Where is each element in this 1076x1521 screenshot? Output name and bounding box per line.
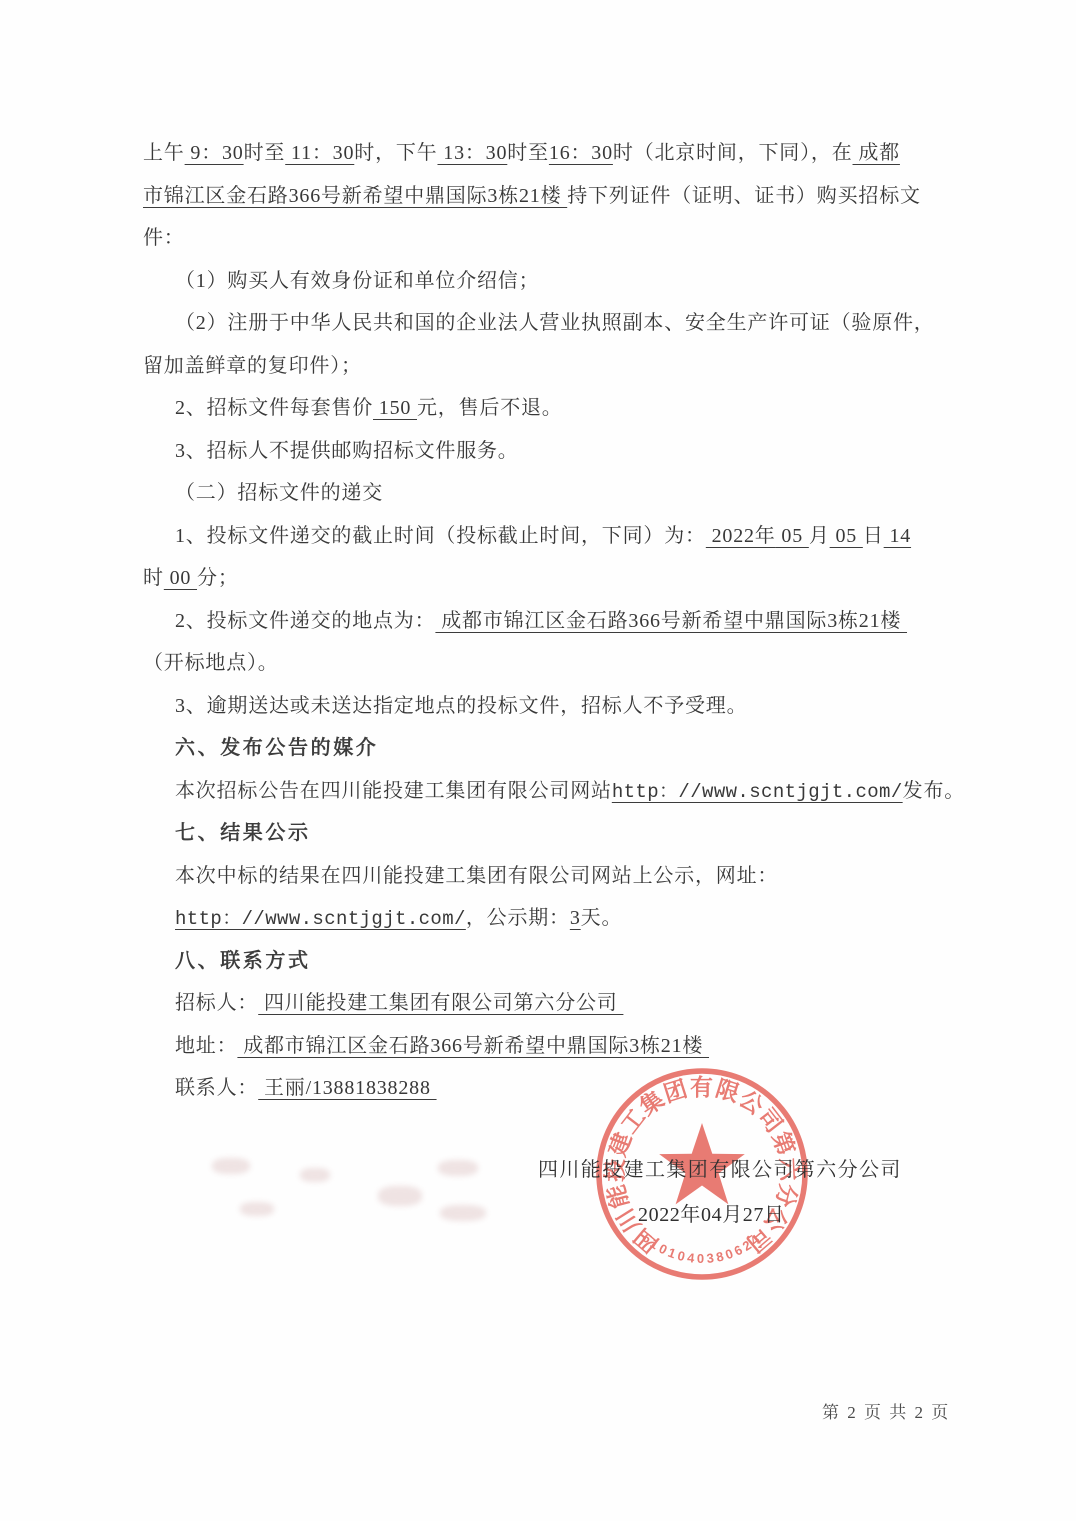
text-line: 本次中标的结果在四川能投建工集团有限公司网站上公示，网址：	[143, 855, 979, 898]
underlined-text: 05	[830, 525, 863, 547]
section-heading-line: 六、发布公告的媒介	[143, 727, 979, 770]
signature-date: 2022年04月27日	[638, 1198, 785, 1227]
text-segment: 3、逾期送达或未送达指定地点的投标文件，招标人不予受理。	[175, 695, 747, 717]
underlined-text: 成都市锦江区金石路366号新希望中鼎国际3栋21楼	[237, 1035, 709, 1057]
text-line: 招标人： 四川能投建工集团有限公司第六分公司	[143, 982, 979, 1025]
text-segment: 八、联系方式	[175, 950, 311, 972]
text-segment: 日	[863, 525, 884, 547]
section-heading-line: 七、结果公示	[143, 812, 979, 855]
text-segment: 六、发布公告的媒介	[175, 737, 378, 759]
underlined-text: 16：30	[549, 142, 613, 164]
text-segment: 1、投标文件递交的截止时间（投标截止时间，下同）为：	[175, 525, 706, 547]
underlined-text: 13：30	[437, 142, 507, 164]
text-segment: 地址：	[175, 1035, 237, 1057]
text-segment: 本次招标公告在四川能投建工集团有限公司网站	[175, 780, 612, 802]
text-line: 上午 9：30时至 11：30时，下午 13：30时至16：30时（北京时间，下…	[143, 132, 979, 175]
underlined-text: 00	[164, 567, 197, 589]
text-segment: 分；	[197, 567, 239, 589]
underlined-text: 四川能投建工集团有限公司第六分公司	[258, 992, 623, 1014]
underlined-text: 成都市锦江区金石路366号新希望中鼎国际3栋21楼	[435, 610, 907, 632]
underlined-text: http：//www.scntjgjt.com/	[612, 781, 903, 803]
underlined-text: 14	[884, 525, 911, 547]
underlined-text: 9：30	[185, 142, 244, 164]
document-body: 上午 9：30时至 11：30时，下午 13：30时至16：30时（北京时间，下…	[143, 132, 979, 1110]
text-segment: （2）注册于中华人民共和国的企业法人营业执照副本、安全生产许可证（验原件，	[175, 312, 935, 334]
signature-company: 四川能投建工集团有限公司第六分公司	[538, 1153, 902, 1182]
text-segment: 留加盖鲜章的复印件）；	[143, 355, 362, 377]
underlined-text: 2022年	[706, 525, 776, 547]
text-segment: ，公示期：	[466, 907, 570, 929]
underlined-text: 150	[373, 397, 417, 419]
bleedthrough-mark	[378, 1186, 422, 1206]
bleedthrough-mark	[300, 1168, 330, 1182]
text-segment: （1）购买人有效身份证和单位介绍信；	[175, 270, 539, 292]
text-segment: 本次中标的结果在四川能投建工集团有限公司网站上公示，网址：	[175, 865, 778, 887]
text-line: 留加盖鲜章的复印件）；	[143, 345, 979, 388]
text-segment: 时至	[244, 142, 286, 164]
underlined-text: 市锦江区金石路366号新希望中鼎国际3栋21楼	[143, 185, 567, 207]
text-line: http：//www.scntjgjt.com/，公示期：3天。	[143, 897, 979, 940]
bleedthrough-mark	[240, 1202, 274, 1216]
underlined-text: 王丽/13881838288	[258, 1077, 436, 1099]
text-segment: 时，下午	[354, 142, 437, 164]
text-segment: 七、结果公示	[175, 822, 311, 844]
underlined-text: 3	[570, 907, 581, 929]
text-line: 3、招标人不提供邮购招标文件服务。	[143, 430, 979, 473]
text-segment: 时至	[507, 142, 549, 164]
text-line: （2）注册于中华人民共和国的企业法人营业执照副本、安全生产许可证（验原件，	[143, 302, 979, 345]
bleedthrough-mark	[438, 1160, 478, 1176]
text-segment: 件：	[143, 227, 185, 249]
text-line: 2、招标文件每套售价 150 元，售后不退。	[143, 387, 979, 430]
text-segment: （二）招标文件的递交	[175, 482, 383, 504]
text-segment: 3、招标人不提供邮购招标文件服务。	[175, 440, 519, 462]
text-segment: 2、招标文件每套售价	[175, 397, 373, 419]
text-line: 时 00 分；	[143, 557, 979, 600]
text-line: （开标地点）。	[143, 642, 979, 685]
underlined-text: 成都	[853, 142, 900, 164]
page-number-indicator: 第 2 页 共 2 页	[822, 1398, 950, 1423]
text-segment: 月	[809, 525, 830, 547]
scanned-page: 四川能投建工集团有限公司第六分公司 5101040380624 上午 9：30时…	[0, 0, 1076, 1521]
text-line: （1）购买人有效身份证和单位介绍信；	[143, 260, 979, 303]
text-segment: 持下列证件（证明、证书）购买招标文	[567, 185, 921, 207]
text-segment: （开标地点）。	[143, 652, 279, 674]
text-segment: 发布。	[903, 780, 965, 802]
text-segment: 上午	[143, 142, 185, 164]
bleedthrough-mark	[212, 1158, 250, 1174]
text-segment: 时	[143, 567, 164, 589]
text-segment: 2、投标文件递交的地点为：	[175, 610, 435, 632]
section-heading-line: 八、联系方式	[143, 940, 979, 983]
text-segment: 元，售后不退。	[417, 397, 563, 419]
bleedthrough-mark	[440, 1205, 486, 1221]
text-line: 2、投标文件递交的地点为： 成都市锦江区金石路366号新希望中鼎国际3栋21楼	[143, 600, 979, 643]
text-line: 1、投标文件递交的截止时间（投标截止时间，下同）为： 2022年 05 月 05…	[143, 515, 979, 558]
text-segment: 天。	[581, 907, 623, 929]
text-line: 件：	[143, 217, 979, 260]
text-line: 市锦江区金石路366号新希望中鼎国际3栋21楼 持下列证件（证明、证书）购买招标…	[143, 175, 979, 218]
underlined-text: 05	[776, 525, 809, 547]
underlined-text: http：//www.scntjgjt.com/	[175, 908, 466, 930]
underlined-text: 11：30	[285, 142, 354, 164]
text-line: （二）招标文件的递交	[143, 472, 979, 515]
text-line: 本次招标公告在四川能投建工集团有限公司网站http：//www.scntjgjt…	[143, 770, 979, 813]
text-line: 地址： 成都市锦江区金石路366号新希望中鼎国际3栋21楼	[143, 1025, 979, 1068]
text-segment: 招标人：	[175, 992, 258, 1014]
text-segment: 时（北京时间，下同），在	[613, 142, 853, 164]
text-segment: 联系人：	[175, 1077, 258, 1099]
text-line: 3、逾期送达或未送达指定地点的投标文件，招标人不予受理。	[143, 685, 979, 728]
text-line: 联系人： 王丽/13881838288	[143, 1067, 979, 1110]
